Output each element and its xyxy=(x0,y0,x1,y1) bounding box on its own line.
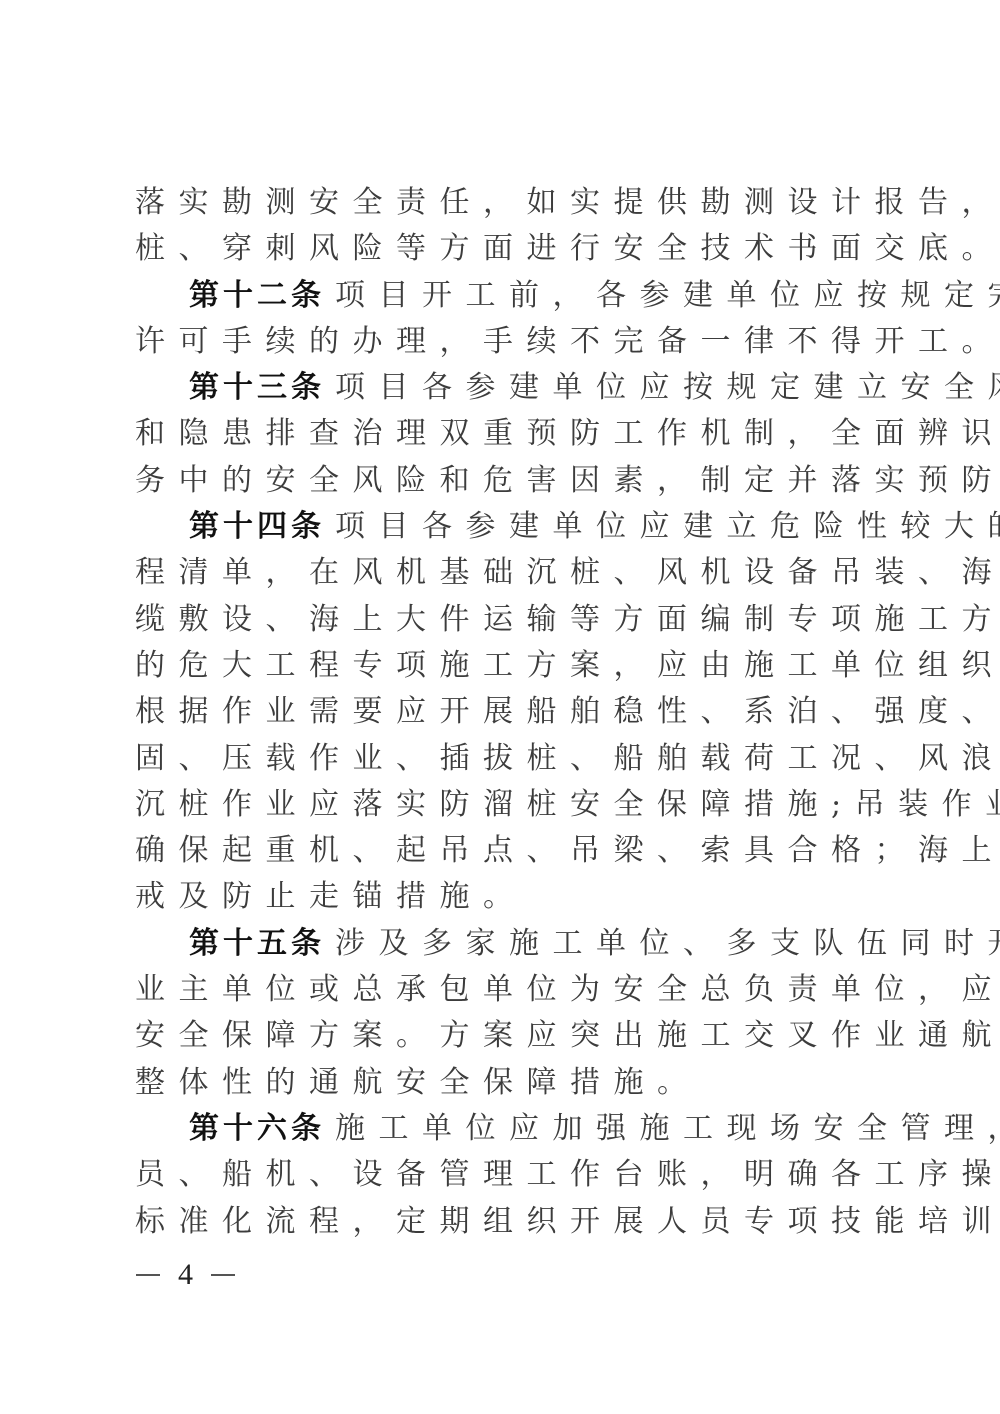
text-line: 整体性的通航安全保障措施。 xyxy=(135,1060,895,1106)
line-text: 涉及多家施工单位、多支队伍同时开展作业的， xyxy=(335,926,1000,961)
text-line: 程清单，在风机基础沉桩、风机设备吊装、海上升压站吊装、海 xyxy=(135,550,895,596)
text-line: 许可手续的办理，手续不完备一律不得开工。 xyxy=(135,319,895,365)
line-text: 业主单位或总承包单位为安全总负责单位，应编制总体施工通航 xyxy=(135,972,1000,1007)
text-line: 落实勘测安全责任，如实提供勘测设计报告，并对施工单位在溜 xyxy=(135,180,895,226)
text-line: 务中的安全风险和危害因素，制定并落实预防管控措施。 xyxy=(135,458,895,504)
text-line: 安全保障方案。方案应突出施工交叉作业通航安全风险，并提出 xyxy=(135,1013,895,1059)
line-text: 标准化流程，定期组织开展人员专项技能培训和警示教育，对施 xyxy=(135,1204,1000,1239)
line-text: 务中的安全风险和危害因素，制定并落实预防管控措施。 xyxy=(135,463,1000,498)
dash-decoration xyxy=(211,1274,235,1276)
line-text: 根据作业需要应开展船舶稳性、系泊、强度、吊装作业、绑扎系 xyxy=(135,694,1000,729)
line-text: 项目开工前，各参建单位应按规定完成各项审批、 xyxy=(335,278,1000,313)
line-text: 安全保障方案。方案应突出施工交叉作业通航安全风险，并提出 xyxy=(135,1018,1000,1053)
article-heading: 第十五条 xyxy=(189,926,325,961)
article-16-line: 第十六条施工单位应加强施工现场安全管理，建立作业人 xyxy=(135,1106,895,1152)
text-line: 确保起重机、起吊点、吊梁、索具合格；海上施工作业应落实警 xyxy=(135,828,895,874)
line-text: 和隐患排查治理双重预防工作机制，全面辨识工作过程和作业任 xyxy=(135,416,1000,451)
text-line: 的危大工程专项施工方案，应由施工单位组织召开专家论证会。 xyxy=(135,643,895,689)
line-text: 确保起重机、起吊点、吊梁、索具合格；海上施工作业应落实警 xyxy=(135,833,1000,868)
line-text: 落实勘测安全责任，如实提供勘测设计报告，并对施工单位在溜 xyxy=(135,185,1000,220)
line-text: 桩、穿刺风险等方面进行安全技术书面交底。 xyxy=(135,231,1000,266)
line-text: 戒及防止走锚措施。 xyxy=(135,879,527,914)
text-line: 和隐患排查治理双重预防工作机制，全面辨识工作过程和作业任 xyxy=(135,411,895,457)
text-line: 戒及防止走锚措施。 xyxy=(135,874,895,920)
text-line: 沉桩作业应落实防溜桩安全保障措施;吊装作业应明确吊装系数， xyxy=(135,782,895,828)
article-heading: 第十六条 xyxy=(189,1111,325,1146)
text-line: 缆敷设、海上大件运输等方面编制专项施工方案；超过一定规模 xyxy=(135,597,895,643)
article-13-line: 第十三条项目各参建单位应按规定建立安全风险分级管控 xyxy=(135,365,895,411)
document-body: 落实勘测安全责任，如实提供勘测设计报告，并对施工单位在溜 桩、穿刺风险等方面进行… xyxy=(135,180,895,1245)
line-text: 项目各参建单位应按规定建立安全风险分级管控 xyxy=(335,370,1000,405)
line-text: 固、压载作业、插拔桩、船舶载荷工况、风浪载荷等相关计算。 xyxy=(135,741,1000,776)
article-12-line: 第十二条项目开工前，各参建单位应按规定完成各项审批、 xyxy=(135,273,895,319)
text-line: 桩、穿刺风险等方面进行安全技术书面交底。 xyxy=(135,226,895,272)
text-line: 固、压载作业、插拔桩、船舶载荷工况、风浪载荷等相关计算。 xyxy=(135,736,895,782)
dash-decoration xyxy=(136,1274,160,1276)
text-line: 业主单位或总承包单位为安全总负责单位，应编制总体施工通航 xyxy=(135,967,895,1013)
line-text: 施工单位应加强施工现场安全管理，建立作业人 xyxy=(335,1111,1000,1146)
article-heading: 第十二条 xyxy=(189,278,325,313)
page-footer: 4 xyxy=(136,1258,235,1292)
line-text: 沉桩作业应落实防溜桩安全保障措施;吊装作业应明确吊装系数， xyxy=(135,787,1000,822)
line-text: 程清单，在风机基础沉桩、风机设备吊装、海上升压站吊装、海 xyxy=(135,555,1000,590)
line-text: 许可手续的办理，手续不完备一律不得开工。 xyxy=(135,324,1000,359)
line-text: 员、船机、设备管理工作台账，明确各工序操作指引和安全生产 xyxy=(135,1157,1000,1192)
line-text: 的危大工程专项施工方案，应由施工单位组织召开专家论证会。 xyxy=(135,648,1000,683)
text-line: 根据作业需要应开展船舶稳性、系泊、强度、吊装作业、绑扎系 xyxy=(135,689,895,735)
article-heading: 第十三条 xyxy=(189,370,325,405)
article-15-line: 第十五条涉及多家施工单位、多支队伍同时开展作业的， xyxy=(135,921,895,967)
article-heading: 第十四条 xyxy=(189,509,325,544)
line-text: 整体性的通航安全保障措施。 xyxy=(135,1065,701,1100)
page-number: 4 xyxy=(178,1258,193,1292)
text-line: 员、船机、设备管理工作台账，明确各工序操作指引和安全生产 xyxy=(135,1152,895,1198)
text-line: 标准化流程，定期组织开展人员专项技能培训和警示教育，对施 xyxy=(135,1199,895,1245)
article-14-line: 第十四条项目各参建单位应建立危险性较大的分部分项工 xyxy=(135,504,895,550)
line-text: 缆敷设、海上大件运输等方面编制专项施工方案；超过一定规模 xyxy=(135,602,1000,637)
line-text: 项目各参建单位应建立危险性较大的分部分项工 xyxy=(335,509,1000,544)
